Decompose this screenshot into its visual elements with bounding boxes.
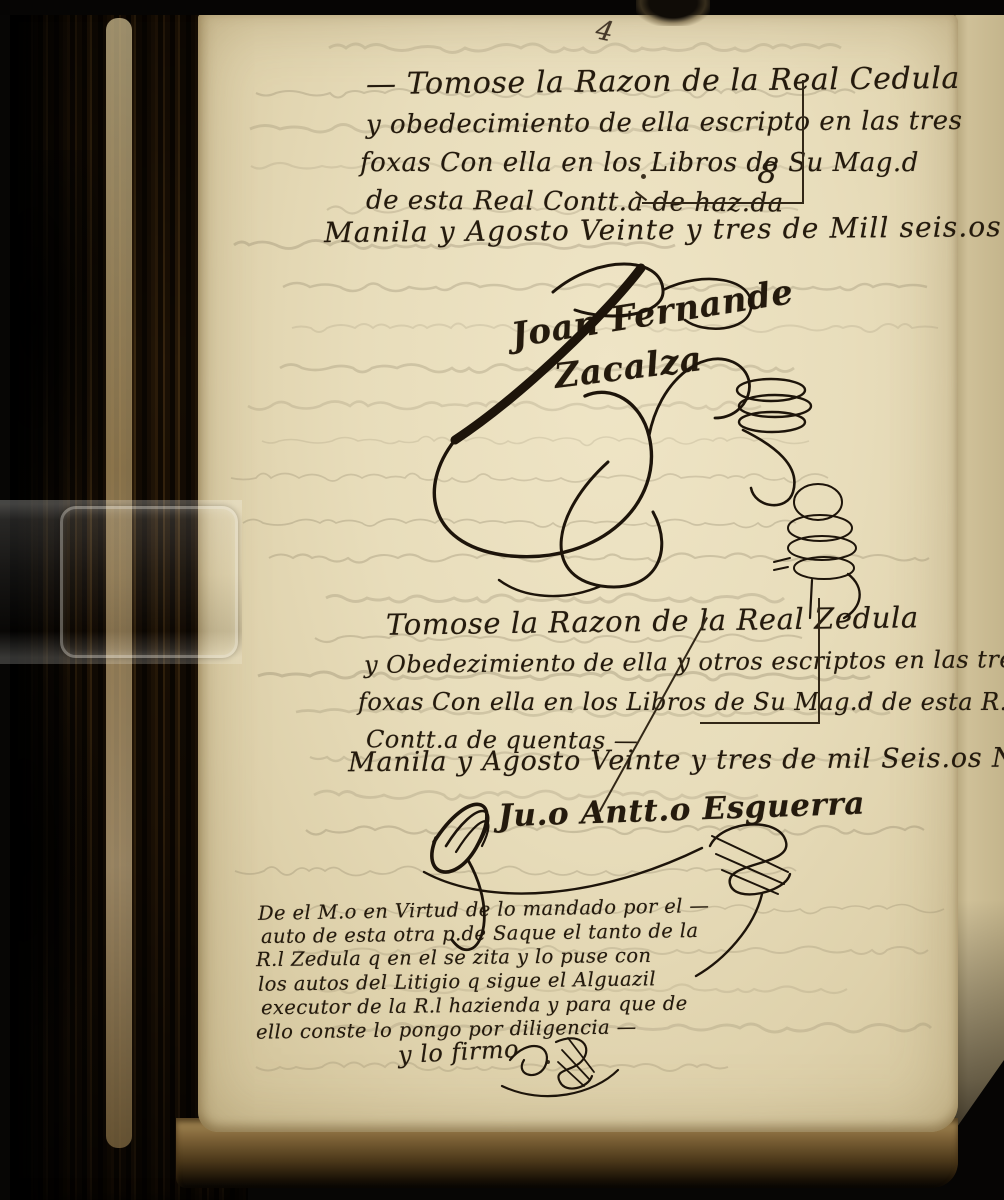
acrylic-page-weight (0, 500, 242, 664)
binding-shadow-patch (10, 640, 100, 1060)
closing-rubric-scribble (498, 1028, 622, 1106)
block2-line-2: y Obedezimiento de ella y otros escripto… (364, 645, 1004, 679)
signature2-flourish (410, 776, 846, 996)
block1-bracket-horizontal (642, 202, 804, 204)
ink-speck (641, 174, 646, 179)
manuscript-page: 4 — Tomose la Razon de la Real Cedula y … (198, 14, 958, 1132)
block1-line-3: foxas Con ella en los Libros de Su Mag.d (360, 148, 919, 178)
photo-top-edge (0, 0, 1004, 15)
rubric-paraph-scribble (768, 476, 872, 628)
underlying-page-edge (950, 0, 1004, 1200)
block1-line-2: y obedecimiento de ella escripto en las … (366, 106, 963, 140)
block2-date-line: Manila y Agosto Veinte y tres de mil Sei… (348, 741, 1004, 778)
acrylic-rounded-end (60, 506, 238, 658)
ink-speck (866, 696, 870, 700)
block2-line-3: foxas Con ella en los Libros de Su Mag.d… (358, 688, 1004, 716)
block1-line-1: — Tomose la Razon de la Real Cedula (366, 61, 960, 102)
top-edge-ink-stain (636, 0, 710, 26)
manuscript-photo: 4 — Tomose la Razon de la Real Cedula y … (0, 0, 1004, 1200)
block2-bracket-horizontal (700, 722, 820, 724)
block1-bracket-vertical (802, 80, 804, 204)
